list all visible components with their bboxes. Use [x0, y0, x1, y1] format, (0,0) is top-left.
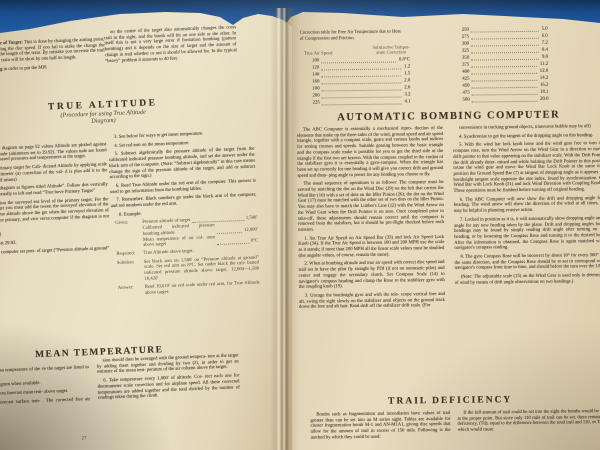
paragraph: The ABC Computer is essentially a mechan… [297, 126, 444, 179]
trail-deficiency-column-2: If the full amount of trail could be set… [457, 409, 600, 434]
paragraph: 2. When at bombing altitude and true air… [299, 260, 445, 290]
dot-leader [471, 30, 539, 32]
correction-table-left: True Air Speed Subtractive Temper-ature … [304, 44, 411, 107]
paragraph: convenience in tracking ground objects, … [453, 124, 600, 132]
value-cell: 4.1 [405, 99, 411, 106]
dot-leader [471, 65, 537, 67]
dot-leader [471, 79, 536, 81]
table-rows: 1000.8°C1201.21401.51602.01802.62003.222… [304, 57, 411, 107]
column-header-correction: Subtractive Temper-ature Correction [372, 44, 410, 55]
paragraph: 6. The ABC Computer will now show the dr… [454, 196, 600, 215]
table-caption-line: of Compression and Friction. [300, 35, 424, 42]
paragraph: 8. The gyro Compass Rose will be incorre… [454, 253, 600, 272]
paragraph: 4. Synchronize to get the tangent of the… [453, 133, 600, 141]
dot-leader [471, 51, 539, 53]
dot-leader [472, 100, 537, 102]
right-page-column-1: The ABC Computer is essentially a mechan… [297, 126, 445, 314]
paragraph: 5. With the wind bar lock knob loose and… [453, 141, 600, 194]
table-header: True Air Speed Subtractive Temper-ature … [304, 44, 410, 56]
correction-table-right: 2505.02756.03007.23258.43509.837511.2400… [454, 26, 549, 104]
trail-deficiency-column-1: Bombs such as fragmentation and incendia… [310, 411, 450, 441]
table-row: 50020.0 [454, 96, 548, 104]
paragraph: (Note: The adjustable scale (15) on the … [455, 273, 600, 286]
paragraph: 7. Locked in position as it is, it will … [454, 216, 600, 252]
dot-leader [322, 103, 402, 105]
table-row: 2254.1 [305, 99, 411, 107]
right-page-content: Correction table for Free Air Temperatur… [0, 0, 600, 450]
value-cell: 20.0 [540, 96, 548, 103]
paragraph: The usual sequence of operations is as f… [298, 180, 445, 233]
dot-leader [471, 58, 539, 60]
dot-leader [472, 86, 537, 88]
speed-cell: 500 [462, 97, 469, 104]
open-book-photo: Putting the MPI on Center of Target: Thi… [0, 0, 600, 450]
paragraph: 3. Uncage the bombsight gyro and with th… [299, 292, 445, 311]
dot-leader [321, 61, 396, 63]
paragraph: 1. Set True Air Speed on Air Speed Bar (… [298, 235, 444, 260]
speed-cell: 225 [313, 100, 320, 107]
section-title-trail-deficiency: TRAIL DEFICIENCY [300, 394, 600, 408]
column-header-line: ature Correction [373, 50, 410, 56]
column-header-speed: True Air Speed [304, 51, 333, 56]
dot-leader [471, 37, 539, 39]
table-caption: Correction table for Free Air Temperatur… [300, 29, 424, 42]
section-title-automatic-bombing-computer: AUTOMATIC BOMBING COMPUTER [299, 109, 599, 124]
dot-leader [472, 93, 537, 95]
dot-leader [471, 72, 536, 74]
dot-leader [471, 44, 539, 46]
right-page-column-2: convenience in tracking ground objects, … [453, 124, 600, 289]
